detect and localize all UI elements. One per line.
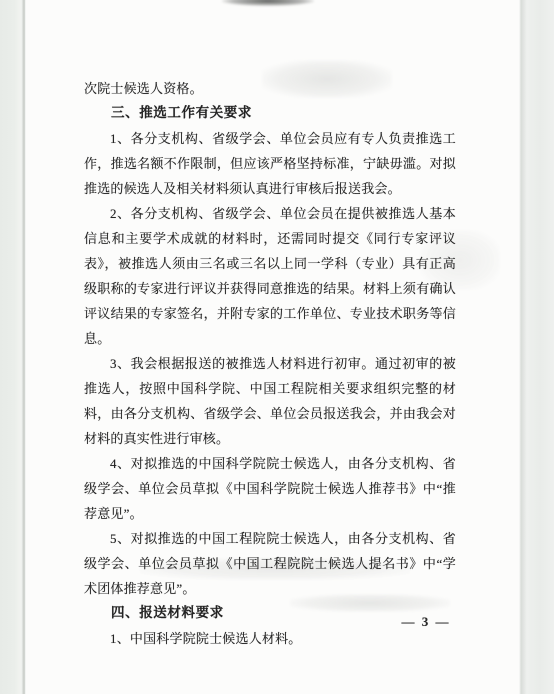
paragraph-continuation: 次院士候选人资格。 [84, 76, 456, 101]
paragraph-item-2: 2、各分支机构、省级学会、单位会员在提供被推选人基本信息和主要学术成就的材料时，… [84, 201, 456, 351]
document-body: 次院士候选人资格。 三、推选工作有关要求 1、各分支机构、省级学会、单位会员应有… [84, 76, 456, 651]
scanned-document-page: 次院士候选人资格。 三、推选工作有关要求 1、各分支机构、省级学会、单位会员应有… [0, 0, 554, 694]
section-heading-san: 三、推选工作有关要求 [84, 101, 456, 126]
paragraph-item-5: 5、对拟推选的中国工程院院士候选人，由各分支机构、省级学会、单位会员草拟《中国工… [84, 526, 456, 601]
scan-right-edge [519, 0, 554, 694]
scan-artifact-top [222, 0, 314, 6]
paragraph-item-3: 3、我会根据报送的被推选人材料进行初审。通过初审的被推选人，按照中国科学院、中国… [84, 351, 456, 451]
page-number: — 3 — [398, 614, 454, 630]
paragraph-item-4: 4、对拟推选的中国科学院院士候选人，由各分支机构、省级学会、单位会员草拟《中国科… [84, 451, 456, 526]
paragraph-item-1: 1、各分支机构、省级学会、单位会员应有专人负责推选工作，推选名额不作限制，但应该… [84, 126, 456, 201]
scan-left-edge [0, 0, 26, 694]
